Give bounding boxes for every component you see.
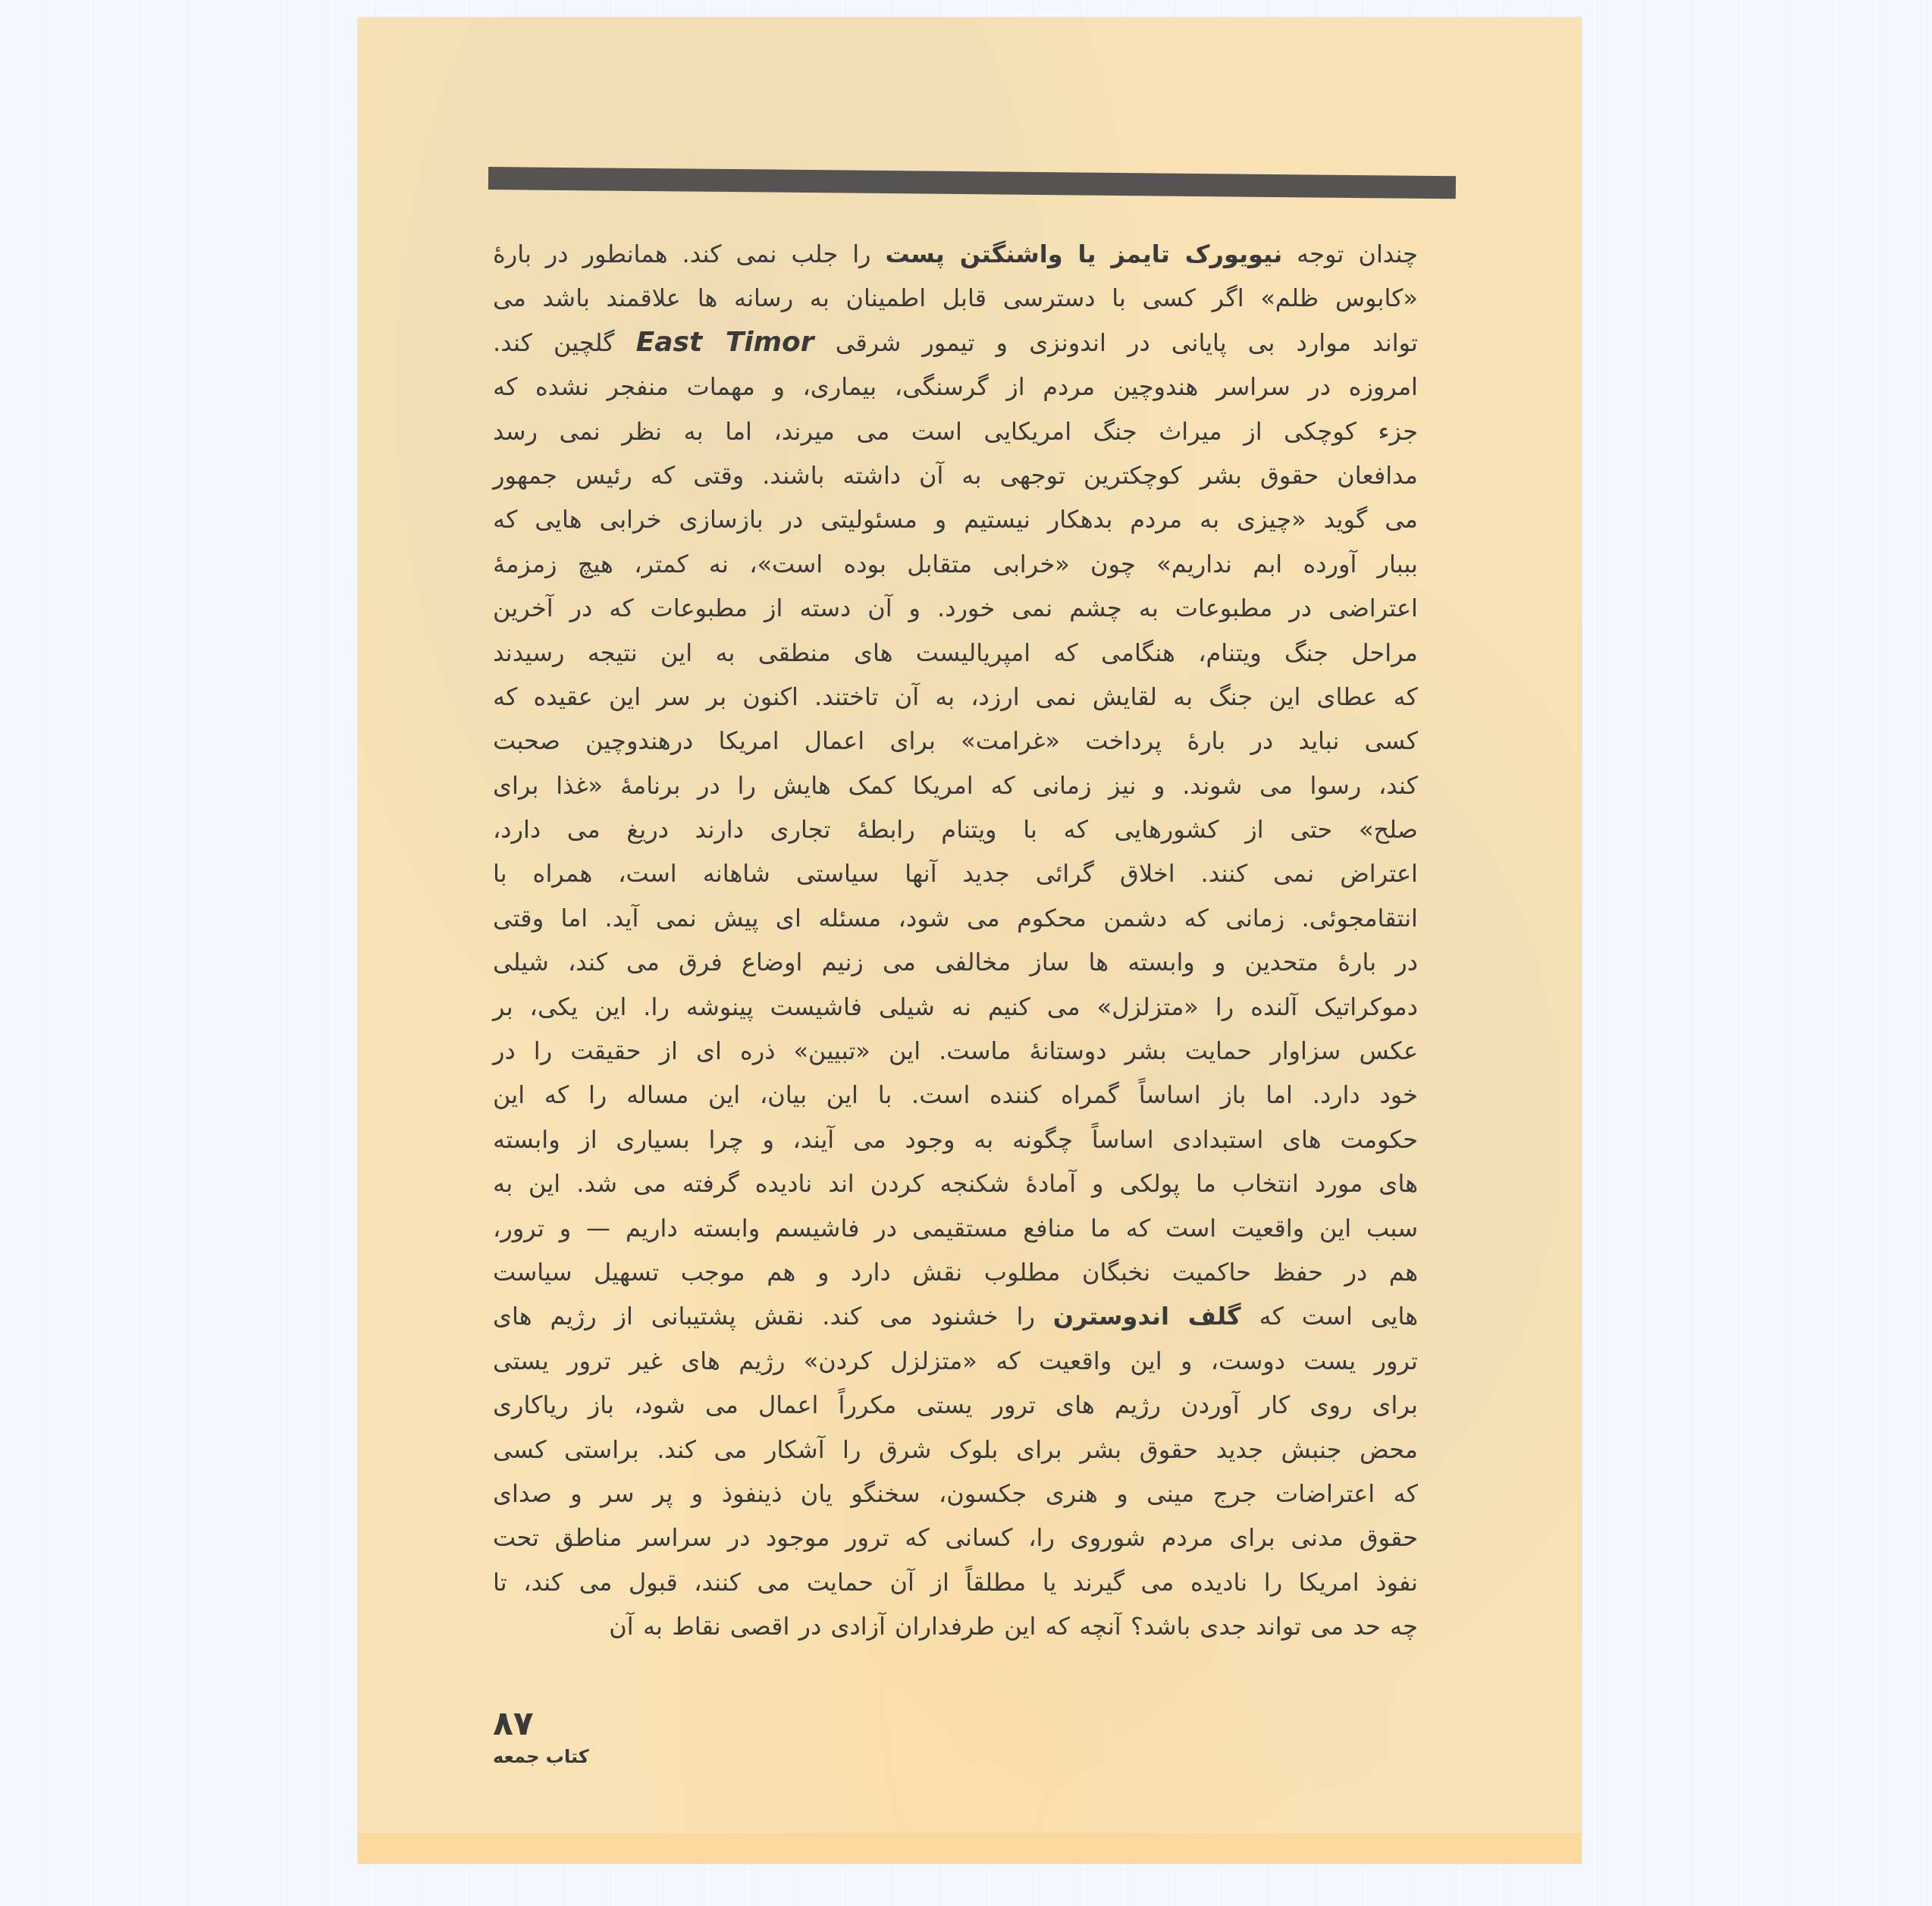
text-line: صلح» حتی از کشورهایی که با ویتنام رابطهٔ… [493,807,1418,851]
text-line: امروزه در سراسر هندوچین مردم از گرسنگی، … [493,365,1418,409]
text-line: حکومت های استبدادی اساساً چگونه به وجود … [493,1118,1418,1161]
text-line: تواند موارد بی پایانی در اندونزی و تیمور… [493,321,1418,365]
text-line: مراحل جنگ ویتنام، هنگامی که امپریالیست ه… [493,631,1418,675]
page-number: ۸۷ [493,1704,589,1744]
text-line: که عطای این جنگ به لقایش نمی ارزد، به آن… [493,675,1418,719]
text-line: هایی است که گلف اندوسترن را خشنود می کند… [493,1294,1418,1338]
bold-newspaper-name: گلف اندوسترن [1053,1302,1241,1331]
text-line: کسی نباید در بارهٔ پرداخت «غرامت» برای ا… [493,719,1418,763]
text-run: تواند موارد بی پایانی در اندونزی و تیمور… [814,328,1418,357]
text-line: کند، رسوا می شوند. و نیز زمانی که امریکا… [493,763,1418,807]
scanned-page: چندان توجه نیویورک تایمز یا واشنگتن پست … [358,17,1582,1864]
text-run: را خشنود می کند. نقش پشتیبانی از رژیم ها… [493,1302,1053,1331]
text-line: جزء کوچکی از میراث جنگ امریکایی است می م… [493,409,1418,453]
article-body: چندان توجه نیویورک تایمز یا واشنگتن پست … [493,232,1418,1649]
text-line: محض جنبش جدید حقوق بشر برای بلوک شرق را … [493,1428,1418,1472]
text-line: هم در حفظ حاکمیت نخبگان مطلوب نقش دارد و… [493,1250,1418,1294]
latin-term: East Timor [636,327,814,358]
journal-name: کتاب جمعه [493,1744,589,1770]
text-run: هایی است که [1241,1302,1418,1331]
text-line: ترور یست دوست، و این واقعیت که «متزلزل ک… [493,1339,1418,1383]
text-line: خود دارد. اما باز اساساً گمراه کننده است… [493,1073,1418,1117]
text-line: انتقامجوئی. زمانی که دشمن محکوم می شود، … [493,896,1418,940]
text-line: در بارهٔ متحدین و وابسته ها ساز مخالفی م… [493,940,1418,984]
text-line: می گوید «چیزی به مردم بدهکار نیستیم و مس… [493,497,1418,541]
text-run: گلچین کند. [493,328,636,357]
text-run: چندان توجه [1282,240,1418,268]
text-line: نفوذ امریکا را نادیده می گیرند یا مطلقاً… [493,1560,1418,1604]
text-line: دموکراتیک آلنده را «متزلزل» می کنیم نه ش… [493,985,1418,1029]
text-line: سبب این واقعیت است که ما منافع مستقیمی د… [493,1206,1418,1250]
text-line: حقوق مدنی برای مردم شوروی را، کسانی که ت… [493,1516,1418,1560]
text-line: مدافعان حقوق بشر کوچکترین توجهی به آن دا… [493,453,1418,497]
text-line: «کابوس ظلم» اگر کسی با دسترسی قابل اطمین… [493,276,1418,320]
text-line: اعتراض نمی کنند. اخلاق گرائی جدید آنها س… [493,851,1418,895]
text-line: اعتراضی در مطبوعات به چشم نمی خورد. و آن… [493,586,1418,630]
text-line: برای روی کار آوردن رژیم های ترور یستی مک… [493,1383,1418,1427]
header-rule-bar [488,167,1456,199]
text-line: چه حد می تواند جدی باشد؟ آنچه که این طرف… [493,1604,1418,1648]
text-line: عکس سزاوار حمایت بشر دوستانهٔ ماست. این … [493,1029,1418,1073]
page-edge-tint [358,1833,1582,1864]
page-footer: ۸۷ کتاب جمعه [493,1704,589,1770]
text-run: را جلب نمی کند. همانطور در بارهٔ [493,240,885,268]
text-line: که اعتراضات جرج مینی و هنری جکسون، سخنگو… [493,1472,1418,1516]
text-line: بببار آورده ابم نداریم» چون «خرابی متقاب… [493,542,1418,586]
bold-newspaper-name: نیویورک تایمز یا واشنگتن پست [885,240,1282,268]
text-line: چندان توجه نیویورک تایمز یا واشنگتن پست … [493,232,1418,276]
text-line: های مورد انتخاب ما پولکی و آمادهٔ شکنجه … [493,1161,1418,1205]
